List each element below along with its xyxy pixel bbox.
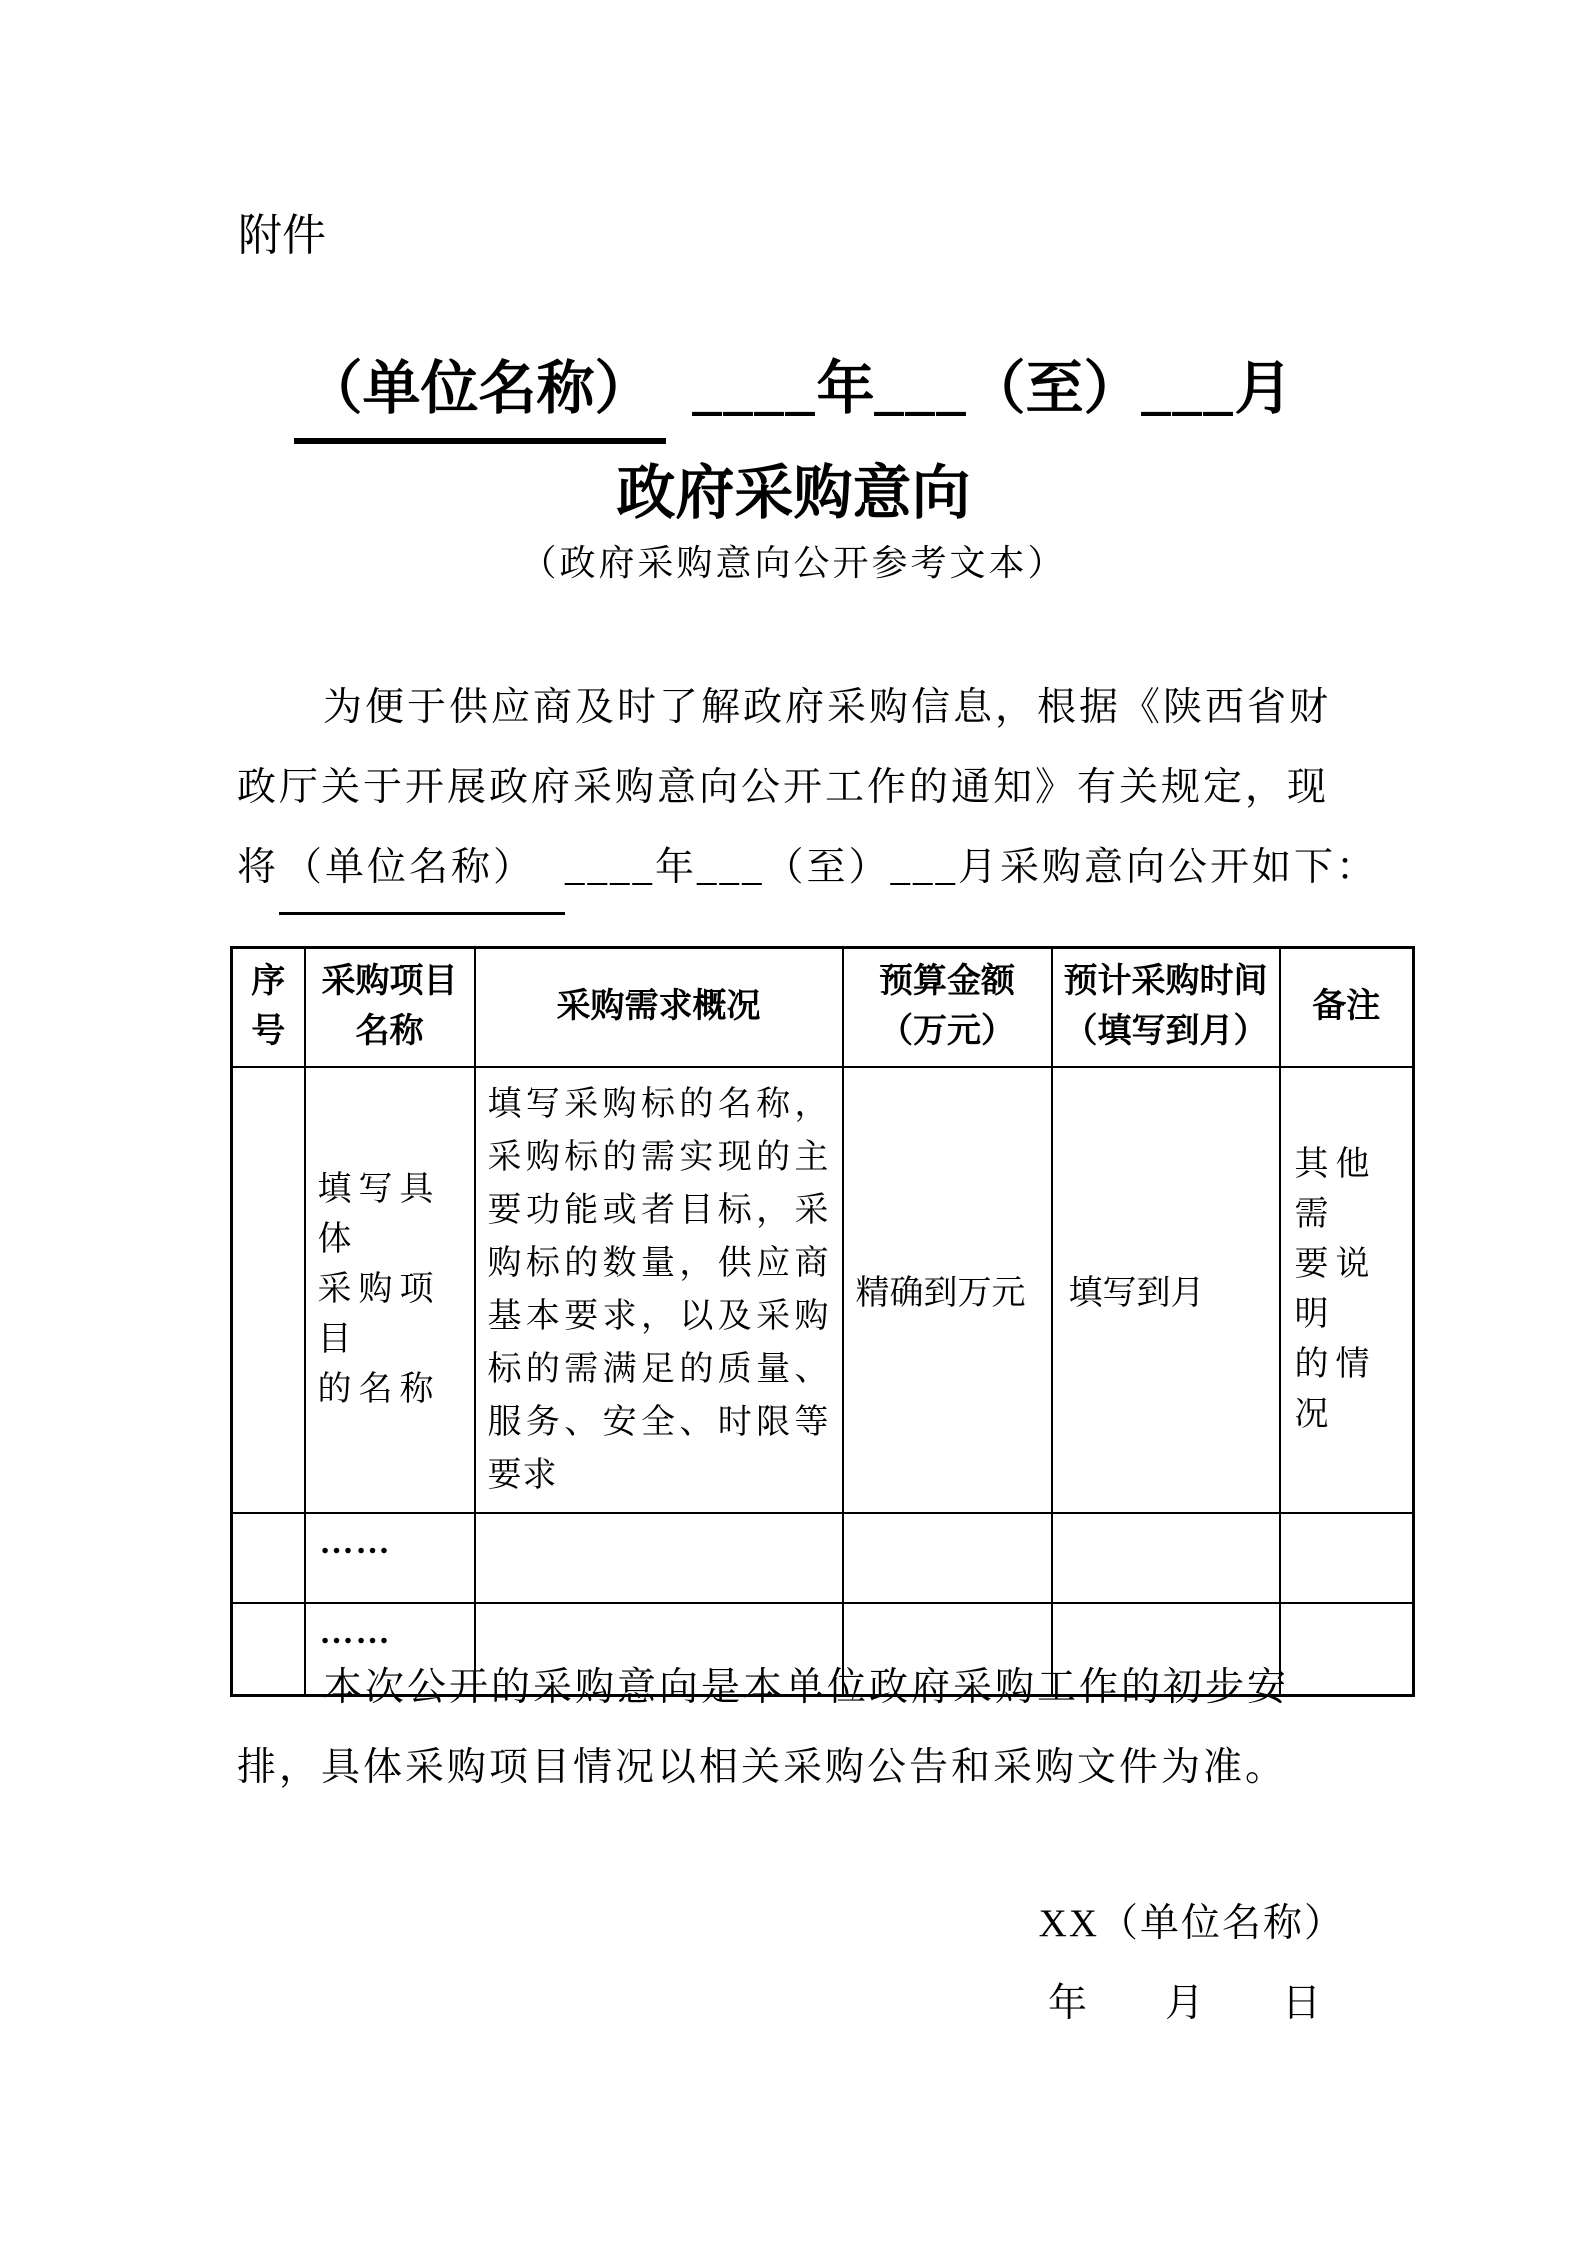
intro-unit-name-blank: （单位名称） — [279, 828, 565, 915]
document-page: 附件 （单位名称）____年___（至）___月 政府采购意向 （政府采购意向公… — [0, 0, 1587, 2245]
attachment-label: 附件 — [238, 214, 326, 258]
closing-line-1: 本次公开的采购意向是本单位政府采购工作的初步安 — [237, 1648, 1377, 1728]
cell-remark: 其他需 要说明 的情况 — [1280, 1067, 1414, 1513]
cell-demand-summary: 填写采购标的名称，采购标的需实现的主要功能或者目标，采购标的数量，供应商基本要求… — [475, 1067, 843, 1513]
signature-month-label: 月 — [1165, 1982, 1206, 2025]
cell-budget — [843, 1513, 1052, 1603]
signature-date: 年月日 — [1039, 1964, 1345, 2044]
title-year-blank: ____ — [692, 356, 816, 421]
cell-demand-summary — [475, 1513, 843, 1603]
header-purchase-time: 预计采购时间 （填写到月） — [1052, 948, 1280, 1067]
document-title-line2: 政府采购意向 — [0, 458, 1587, 528]
title-unit-name-blank: （单位名称） — [294, 350, 666, 444]
document-title-line1: （单位名称）____年___（至）___月 — [0, 350, 1587, 444]
header-serial-number: 序 号 — [232, 948, 305, 1067]
title-block: （单位名称）____年___（至）___月 政府采购意向 — [0, 350, 1587, 528]
document-subtitle: （政府采购意向公开参考文本） — [0, 535, 1587, 586]
cell-budget: 精确到万元 — [843, 1067, 1052, 1513]
signature-year-label: 年 — [1048, 1982, 1089, 2025]
header-remark: 备注 — [1280, 948, 1414, 1067]
title-month-label: 月 — [1235, 356, 1293, 421]
header-demand-summary: 采购需求概况 — [475, 948, 843, 1067]
header-budget: 预算金额 （万元） — [843, 948, 1052, 1067]
procurement-intent-table: 序 号 采购项目 名称 采购需求概况 预算金额 （万元） 预计采购时间 （填写到… — [230, 946, 1415, 1697]
cell-serial-number — [232, 1067, 305, 1513]
title-month-blank: ___ — [1142, 356, 1235, 421]
intro-line3-prefix: 将 — [237, 846, 279, 889]
title-to-label: （至） — [968, 356, 1142, 421]
intro-paragraph: 为便于供应商及时了解政府采购信息，根据《陕西省财 政厅关于开展政府采购意向公开工… — [237, 668, 1377, 915]
intro-line-2: 政厅关于开展政府采购意向公开工作的通知》有关规定，现 — [237, 748, 1377, 828]
title-year-label: 年 — [816, 356, 874, 421]
table-row: 填写具体 采购项目 的名称 填写采购标的名称，采购标的需实现的主要功能或者目标，… — [232, 1067, 1414, 1513]
closing-paragraph: 本次公开的采购意向是本单位政府采购工作的初步安 排，具体采购项目情况以相关采购公… — [237, 1648, 1377, 1808]
cell-remark — [1280, 1513, 1414, 1603]
table-header-row: 序 号 采购项目 名称 采购需求概况 预算金额 （万元） 预计采购时间 （填写到… — [232, 948, 1414, 1067]
cell-serial-number — [232, 1513, 305, 1603]
cell-purchase-time — [1052, 1513, 1280, 1603]
cell-project-name: …… — [305, 1513, 475, 1603]
intro-line-1: 为便于供应商及时了解政府采购信息，根据《陕西省财 — [237, 668, 1377, 748]
cell-project-name: 填写具体 采购项目 的名称 — [305, 1067, 475, 1513]
header-project-name: 采购项目 名称 — [305, 948, 475, 1067]
title-blank-b: ___ — [875, 356, 968, 421]
closing-line-2: 排，具体采购项目情况以相关采购公告和采购文件为准。 — [237, 1728, 1377, 1808]
table-row: …… — [232, 1513, 1414, 1603]
cell-purchase-time: 填写到月 — [1052, 1067, 1280, 1513]
signature-day-label: 日 — [1282, 1982, 1323, 2025]
signature-block: XX（单位名称） 年月日 — [1039, 1884, 1345, 2044]
intro-line3-rest: ____年___（至）___月采购意向公开如下： — [565, 846, 1378, 889]
intro-line-3: 将（单位名称）____年___（至）___月采购意向公开如下： — [237, 828, 1377, 915]
signature-org: XX（单位名称） — [1039, 1884, 1345, 1964]
